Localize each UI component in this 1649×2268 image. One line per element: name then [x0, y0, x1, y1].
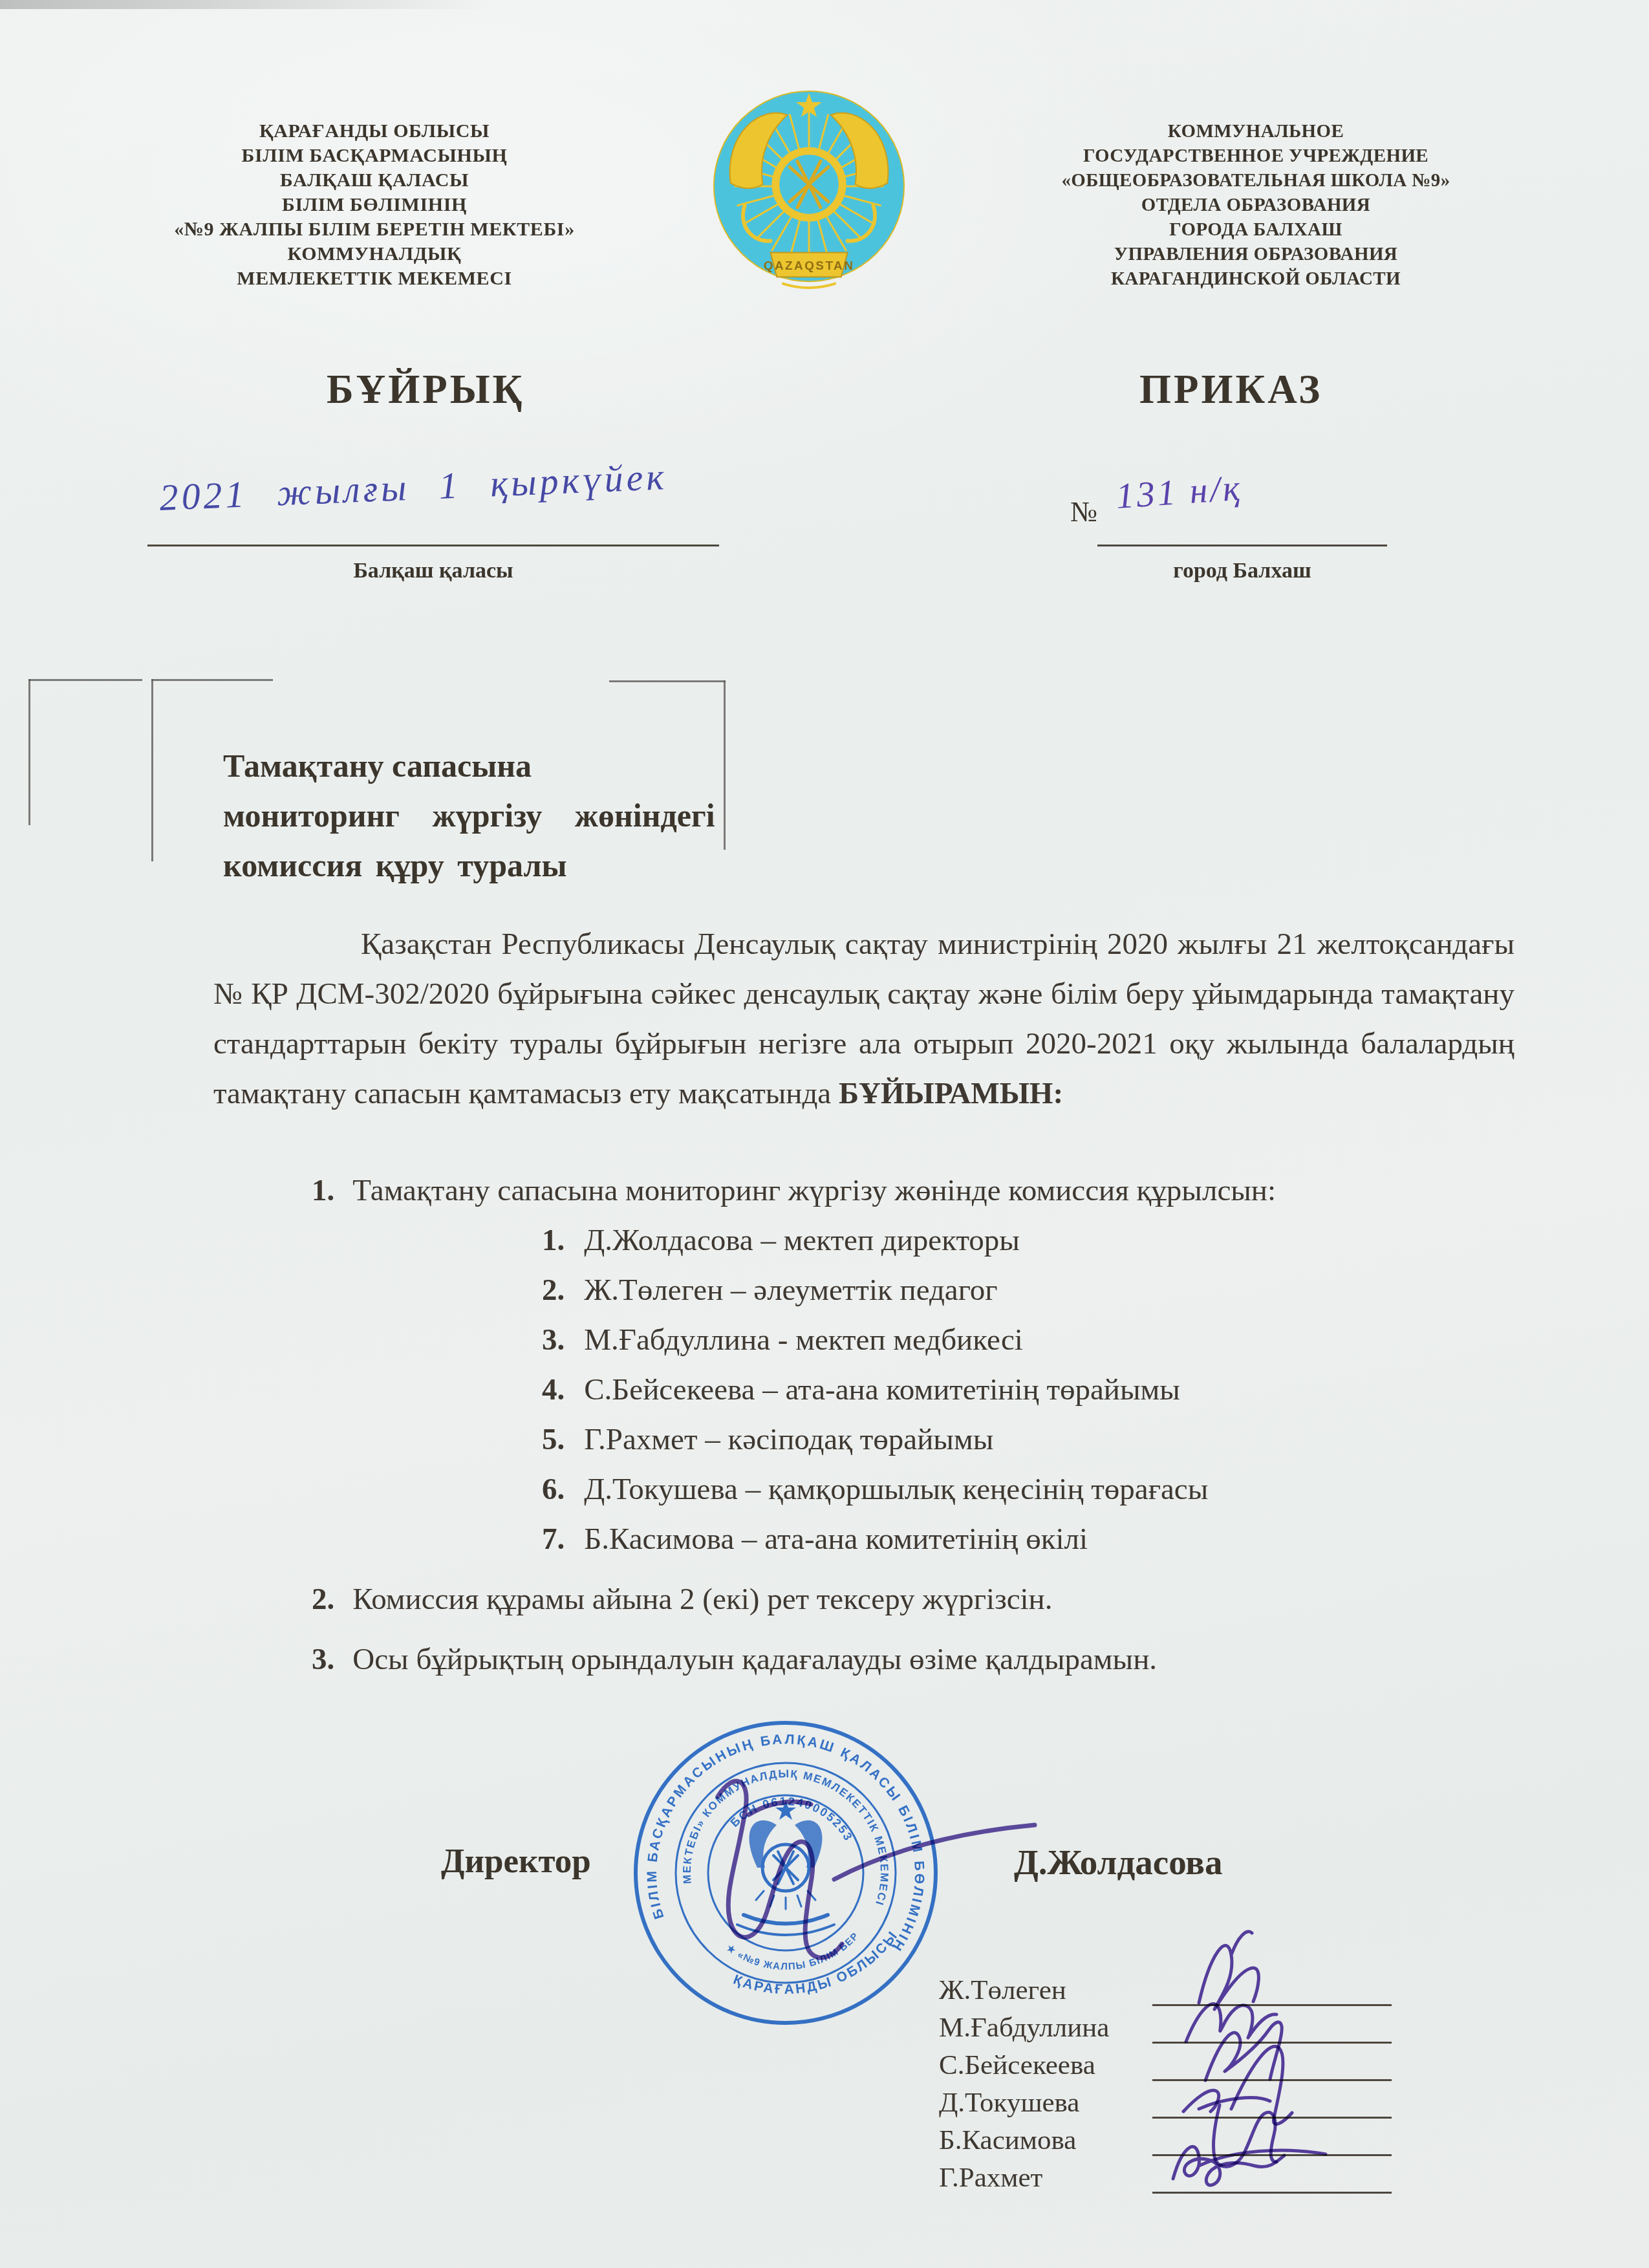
order-title-kazakh: БҰЙРЫҚ [327, 366, 524, 413]
letterhead-kk-line: БІЛІМ БӨЛІМІНІҢ [109, 193, 640, 217]
signer-name: Ж.Төлеген [939, 1974, 1152, 2006]
letterhead-kk-line: КОММУНАЛДЫҚ [109, 242, 640, 266]
commission-members-list: 1.Д.Жолдасова – мектеп директоры 2.Ж.Төл… [367, 1216, 1514, 1564]
director-label: Директор [441, 1842, 591, 1881]
signer-name: Б.Касимова [939, 2124, 1152, 2156]
order-title-russian: ПРИКАЗ [1139, 366, 1322, 413]
date-underline [147, 545, 719, 546]
kazakhstan-coat-of-arms-icon: QAZAQSTAN [706, 86, 912, 299]
subject-line: Тамақтану сапасына [223, 741, 715, 791]
crop-mark [609, 680, 726, 682]
crop-mark [151, 679, 153, 861]
commission-member: 2.Ж.Төлеген – әлеуметтік педагог [367, 1266, 1514, 1315]
preamble-paragraph: Қазақстан Республикасы Денсаулық сақтау … [213, 920, 1514, 1119]
letterhead-kk-line: БАЛҚАШ ҚАЛАСЫ [109, 168, 640, 193]
commission-member: 7.Б.Касимова – ата-ана комитетінің өкілі [367, 1515, 1514, 1564]
commission-member: 3.М.Ғабдуллина - мектеп медбикесі [367, 1315, 1514, 1365]
item-text: Тамақтану сапасына мониторинг жүргізу жө… [352, 1174, 1276, 1207]
number-underline [1097, 545, 1387, 546]
letterhead-ru-line: ГОРОДА БАЛХАШ [943, 217, 1569, 242]
signature-list: Ж.Төлеген М.Ғабдуллина С.Бейсекеева [939, 1969, 1392, 2194]
commission-member: 5.Г.Рахмет – кәсіподақ төрайымы [367, 1415, 1514, 1465]
emblem-caption: QAZAQSTAN [764, 259, 855, 273]
subject-line: комиссия құру туралы [223, 841, 715, 891]
letterhead-kk-line: МЕМЛЕКЕТТІК МЕКЕМЕСІ [109, 266, 640, 291]
signature-row: Г.Рахмет [939, 2156, 1392, 2194]
letterhead-kazakh: ҚАРАҒАНДЫ ОБЛЫСЫ БІЛІМ БАСҚАРМАСЫНЫҢ БАЛ… [109, 119, 640, 291]
subject-line: мониторинг жүргізу жөніндегі [223, 791, 715, 841]
letterhead-russian: КОММУНАЛЬНОЕ ГОСУДАРСТВЕННОЕ УЧРЕЖДЕНИЕ … [943, 119, 1569, 291]
director-signature [673, 1756, 1073, 1996]
letterhead-kk-line: БІЛІМ БАСҚАРМАСЫНЫҢ [109, 144, 640, 168]
letterhead-ru-line: ОТДЕЛА ОБРАЗОВАНИЯ [943, 193, 1569, 217]
order-verb: БҰЙЫРАМЫН: [839, 1077, 1063, 1110]
item-number: 1. [312, 1174, 352, 1207]
order-item-3: 3.Осы бұйрықтың орындалуын қадағалауды ө… [213, 1635, 1514, 1685]
commission-member: 6.Д.Токушева – қамқоршылық кеңесінің төр… [367, 1465, 1514, 1515]
crop-mark [151, 679, 273, 681]
handwritten-signature [1160, 2101, 1354, 2198]
letterhead-ru-line: УПРАВЛЕНИЯ ОБРАЗОВАНИЯ [943, 242, 1569, 266]
number-sign: № [1070, 495, 1097, 528]
item-text: Осы бұйрықтың орындалуын қадағалауды өзі… [352, 1643, 1157, 1676]
letterhead-ru-line: ГОСУДАРСТВЕННОЕ УЧРЕЖДЕНИЕ [943, 144, 1569, 168]
order-body: Қазақстан Республикасы Денсаулық сақтау … [213, 920, 1514, 1685]
letterhead-ru-line: КАРАГАНДИНСКОЙ ОБЛАСТИ [943, 266, 1569, 291]
letterhead-ru-line: КОММУНАЛЬНОЕ [943, 119, 1569, 144]
scanned-order-document: ҚАРАҒАНДЫ ОБЛЫСЫ БІЛІМ БАСҚАРМАСЫНЫҢ БАЛ… [0, 0, 1649, 2268]
crop-mark [28, 679, 142, 681]
signature-line [1152, 2154, 1392, 2194]
signer-name: Д.Токушева [939, 2087, 1152, 2119]
place-russian: город Балхаш [1097, 559, 1387, 583]
order-item-2: 2.Комиссия құрамы айына 2 (екі) рет текс… [213, 1575, 1514, 1625]
handwritten-order-number: 131 н/қ [1115, 468, 1244, 517]
item-number: 3. [312, 1643, 352, 1676]
item-number: 2. [312, 1582, 352, 1616]
letterhead-ru-line: «ОБЩЕОБРАЗОВАТЕЛЬНАЯ ШКОЛА №9» [943, 168, 1569, 193]
letterhead-kk-line: ҚАРАҒАНДЫ ОБЛЫСЫ [109, 119, 640, 144]
commission-member: 1.Д.Жолдасова – мектеп директоры [367, 1216, 1514, 1266]
crop-mark [724, 680, 726, 850]
signer-name: С.Бейсекеева [939, 2049, 1152, 2081]
signer-name: М.Ғабдуллина [939, 2012, 1152, 2044]
order-subject: Тамақтану сапасына мониторинг жүргізу жө… [223, 741, 715, 891]
item-text: Комиссия құрамы айына 2 (екі) рет тексер… [352, 1582, 1052, 1616]
letterhead-kk-line: «№9 ЖАЛПЫ БІЛІМ БЕРЕТІН МЕКТЕБІ» [109, 217, 640, 242]
signer-name: Г.Рахмет [939, 2162, 1152, 2194]
scan-edge-shadow [0, 0, 1649, 9]
crop-mark [28, 679, 30, 825]
commission-member: 4.С.Бейсекеева – ата-ана комитетінің төр… [367, 1365, 1514, 1415]
handwritten-date: 2021 жылғы 1 қыркүйек [158, 455, 667, 519]
order-item-1: 1.Тамақтану сапасына мониторинг жүргізу … [213, 1166, 1514, 1564]
place-kazakh: Балқаш қаласы [147, 559, 719, 583]
